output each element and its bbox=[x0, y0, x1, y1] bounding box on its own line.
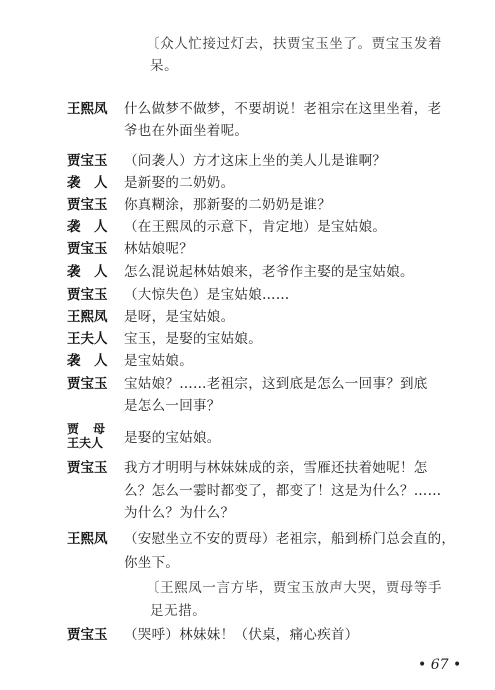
dialogue-line: 是娶的宝姑娘。 bbox=[124, 430, 221, 446]
dialogue-line: （问袭人）方才这床上坐的美人儿是谁啊？ bbox=[124, 153, 386, 169]
stage-direction: 〔众人忙接过灯去，扶贾宝玉坐了。贾宝玉发着 bbox=[146, 36, 442, 52]
stage-direction: 呆。 bbox=[150, 58, 178, 74]
dialogue-line: 是宝姑娘。 bbox=[124, 353, 193, 369]
dialogue-line: 宝姑娘？……老祖宗，这到底是怎么一回事？到底 bbox=[124, 376, 428, 392]
speaker-label: 袭 人 bbox=[67, 264, 108, 280]
dialogue-line: 宝玉，是娶的宝姑娘。 bbox=[124, 331, 262, 347]
dialogue-line: （安慰坐立不安的贾母）老祖宗，船到桥门总会直的， bbox=[124, 531, 455, 547]
speaker-label: 贾宝玉 bbox=[67, 627, 108, 643]
dialogue-line: 你真糊涂，那新娶的二奶奶是谁？ bbox=[124, 197, 331, 213]
dialogue-line: （大惊失色）是宝姑娘…… bbox=[124, 287, 290, 303]
speaker-label: 贾宝玉 bbox=[67, 197, 108, 213]
speaker-label: 袭 人 bbox=[67, 219, 108, 235]
page-number: • 67 • bbox=[418, 657, 461, 673]
speaker-label: 袭 人 bbox=[67, 175, 108, 191]
speaker-label: 王熙凤 bbox=[67, 101, 108, 117]
dialogue-line: 么？怎么一霎时都变了，都变了！这是为什么？…… bbox=[124, 483, 441, 499]
dialogue-line: 是新娶的二奶奶。 bbox=[124, 175, 234, 191]
speaker-label: 王夫人 bbox=[67, 437, 103, 450]
dialogue-line: （在王熙凤的示意下，肯定地）是宝姑娘。 bbox=[124, 219, 386, 235]
dialogue-line: 爷也在外面坐着呢。 bbox=[124, 123, 248, 139]
speaker-label: 贾宝玉 bbox=[67, 153, 108, 169]
dialogue-line: 林姑娘呢？ bbox=[124, 241, 193, 257]
dialogue-line: 为什么？为什么？ bbox=[124, 505, 234, 521]
stage-direction: 足无措。 bbox=[150, 603, 206, 619]
dialogue-line: 怎么混说起林姑娘来，老爷作主娶的是宝姑娘。 bbox=[124, 264, 414, 280]
speaker-label: 贾宝玉 bbox=[67, 241, 108, 257]
stage-direction: 〔王熙凤一言方毕，贾宝玉放声大哭，贾母等手 bbox=[146, 580, 442, 596]
speaker-label: 贾宝玉 bbox=[67, 376, 108, 392]
speaker-label: 贾宝玉 bbox=[67, 460, 108, 476]
speaker-label: 王熙凤 bbox=[67, 531, 108, 547]
dialogue-line: 是怎么一回事？ bbox=[124, 398, 221, 414]
speaker-label: 袭 人 bbox=[67, 353, 108, 369]
dialogue-line: 你坐下。 bbox=[124, 555, 179, 571]
dialogue-line: 什么做梦不做梦，不要胡说！老祖宗在这里坐着，老 bbox=[124, 101, 441, 117]
speaker-label: 贾宝玉 bbox=[67, 287, 108, 303]
speaker-label: 王熙凤 bbox=[67, 309, 108, 325]
dialogue-line: 我方才明明与林妹妹成的亲，雪雁还扶着她呢！怎 bbox=[124, 460, 428, 476]
speaker-label: 王夫人 bbox=[67, 331, 108, 347]
speaker-label: 贾 母 bbox=[67, 423, 106, 436]
dialogue-line: 是呀，是宝姑娘。 bbox=[124, 309, 234, 325]
dialogue-line: （哭呼）林妹妹！（伏桌，痛心疾首） bbox=[124, 627, 359, 643]
